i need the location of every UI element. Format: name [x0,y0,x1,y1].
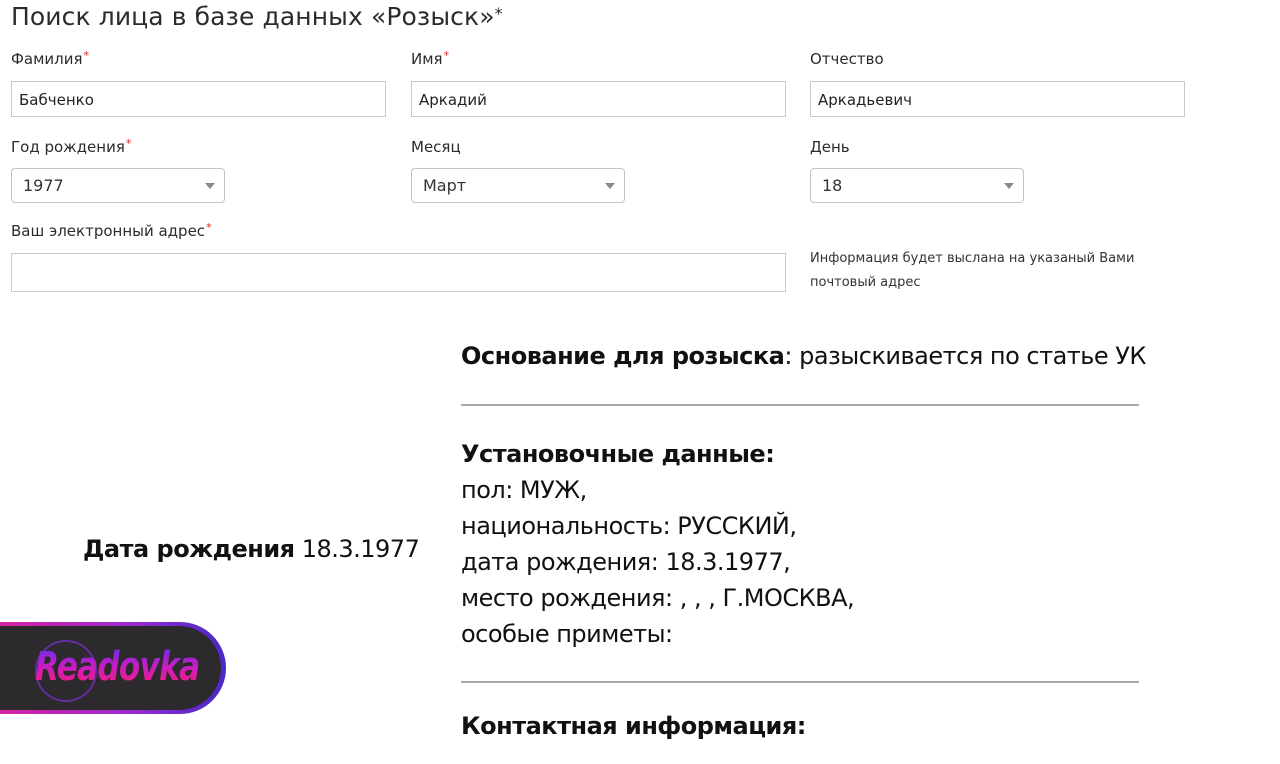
surname-input[interactable]: Бабченко [11,81,386,117]
basis-label: Основание для розыска [461,342,784,370]
month-label: Месяц [411,138,461,156]
page-title: Поиск лица в базе данных «Розыск»* [11,2,503,31]
identity-line: место рождения: , , , Г.МОСКВА, [461,580,854,616]
chevron-down-icon [605,183,615,189]
patronymic-label: Отчество [810,50,884,68]
birth-year-value: 1977 [23,176,64,195]
required-mark: * [126,137,132,150]
month-select[interactable]: Март [411,168,625,203]
email-input[interactable] [11,253,786,292]
birth-year-label: Год рождения* [11,138,131,156]
divider [461,681,1139,683]
required-mark: * [206,221,212,234]
day-select[interactable]: 18 [810,168,1024,203]
chevron-down-icon [205,183,215,189]
readovka-logo: Readovka [0,622,226,714]
divider [461,404,1139,406]
month-value: Март [423,176,466,195]
email-hint-line: Информация будет выслана на указаный Вам… [810,247,1134,271]
name-label: Имя* [411,50,449,68]
chevron-down-icon [1004,183,1014,189]
search-basis: Основание для розыска: разыскивается по … [461,342,1146,370]
birth-year-select[interactable]: 1977 [11,168,225,203]
surname-label: Фамилия* [11,50,89,68]
birth-date-label: Дата рождения [83,535,295,563]
name-input[interactable]: Аркадий [411,81,786,117]
title-asterisk: * [495,4,503,23]
day-value: 18 [822,176,842,195]
patronymic-input[interactable]: Аркадьевич [810,81,1185,117]
logo-background: Readovka [0,626,221,710]
identity-line: национальность: РУССКИЙ, [461,508,854,544]
identity-line: особые приметы: [461,616,854,652]
birth-date-value: 18.3.1977 [302,535,420,563]
contact-heading: Контактная информация: [461,712,806,740]
email-hint-line: почтовый адрес [810,271,1134,295]
identity-heading: Установочные данные: [461,436,854,472]
result-birth-date: Дата рождения 18.3.1977 [83,535,419,563]
email-label: Ваш электронный адрес* [11,222,212,240]
logo-text: Readovka [35,644,199,690]
identity-line: дата рождения: 18.3.1977, [461,544,854,580]
identity-block: Установочные данные: пол: МУЖ, националь… [461,436,854,652]
required-mark: * [84,49,90,62]
basis-value: : разыскивается по статье УК [784,342,1146,370]
page-title-text: Поиск лица в базе данных «Розыск» [11,2,495,31]
identity-line: пол: МУЖ, [461,472,854,508]
required-mark: * [444,49,450,62]
day-label: День [810,138,850,156]
email-hint: Информация будет выслана на указаный Вам… [810,247,1134,295]
